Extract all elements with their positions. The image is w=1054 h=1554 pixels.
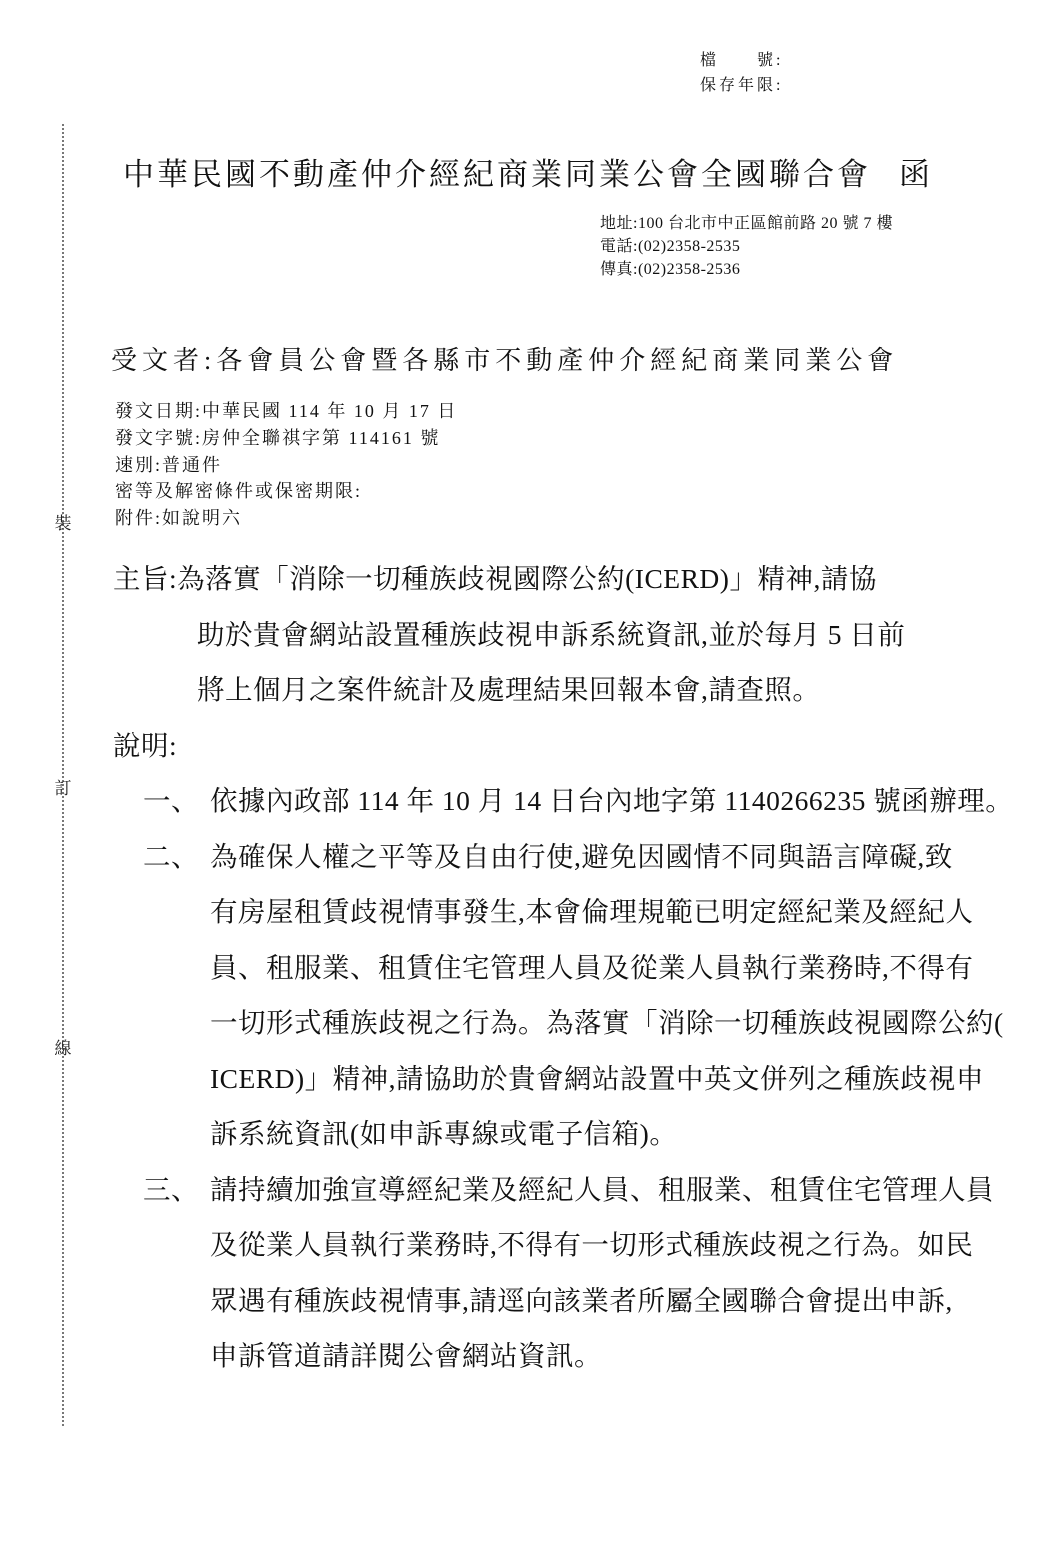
official-letter-page: 裝 訂 線 檔 號: 保存年限: 中華民國不動產仲介經紀商業同業公會全國聯合會函… <box>0 0 1054 1554</box>
security-line: 密等及解密條件或保密期限: <box>115 478 457 505</box>
retention-period-label: 保存年限: <box>700 73 783 98</box>
priority-line: 速別:普通件 <box>115 452 457 479</box>
file-number-block: 檔 號: 保存年限: <box>700 48 783 98</box>
subject-line: 主旨:為落實「消除一切種族歧視國際公約(ICERD)」精神,請協 <box>113 551 1013 607</box>
item-line: 有房屋租賃歧視情事發生,本會倫理規範已明定經紀業及經紀人 <box>113 884 1013 940</box>
explanation-item-2: 二、為確保人權之平等及自由行使,避免因國情不同與語言障礙,致 <box>113 829 1013 885</box>
item-line: 請持續加強宣導經紀業及經紀人員、租服業、租賃住宅管理人員 <box>210 1174 994 1205</box>
item-line: 訴系統資訊(如申訴專線或電子信箱)。 <box>113 1106 1013 1162</box>
doc-type-label: 函 <box>899 157 930 192</box>
doc-number-line: 發文字號:房仲全聯祺字第 114161 號 <box>115 425 457 452</box>
item-line: 及從業人員執行業務時,不得有一切形式種族歧視之行為。如民 <box>113 1217 1013 1273</box>
org-name: 中華民國不動產仲介經紀商業同業公會全國聯合會 <box>123 157 871 192</box>
item-line: 一切形式種族歧視之行為。為落實「消除一切種族歧視國際公約( <box>113 995 1013 1051</box>
binding-char-ding: 訂 <box>52 774 74 799</box>
document-meta-block: 發文日期:中華民國 114 年 10 月 17 日 發文字號:房仲全聯祺字第 1… <box>115 398 457 532</box>
item-line: 為確保人權之平等及自由行使,避免因國情不同與語言障礙,致 <box>210 841 953 872</box>
explanation-item-1: 一、依據內政部 114 年 10 月 14 日台內地字第 1140266235 … <box>113 773 1013 829</box>
file-number-label: 檔 號: <box>700 48 783 73</box>
item-number: 三、 <box>143 1162 210 1218</box>
explanation-label: 說明: <box>113 718 1013 774</box>
attachment-line: 附件:如說明六 <box>115 505 457 532</box>
document-body: 主旨:為落實「消除一切種族歧視國際公約(ICERD)」精神,請協 助於貴會網站設… <box>113 551 1013 1384</box>
item-number: 二、 <box>143 829 210 885</box>
org-fax: 傳真:(02)2358-2536 <box>600 258 893 281</box>
item-line: 依據內政部 114 年 10 月 14 日台內地字第 1140266235 號函… <box>210 785 1013 816</box>
subject-line: 助於貴會網站設置種族歧視申訴系統資訊,並於每月 5 日前 <box>113 607 1013 663</box>
org-address: 地址:100 台北市中正區館前路 20 號 7 樓 <box>600 212 893 235</box>
subject-line: 將上個月之案件統計及處理結果回報本會,請查照。 <box>113 662 1013 718</box>
recipient-line: 受文者:各會員公會暨各縣市不動產仲介經紀商業同業公會 <box>111 340 898 377</box>
item-number: 一、 <box>143 773 210 829</box>
letterhead-title: 中華民國不動產仲介經紀商業同業公會全國聯合會函 <box>123 149 930 194</box>
issue-date-line: 發文日期:中華民國 114 年 10 月 17 日 <box>115 398 457 425</box>
org-phone: 電話:(02)2358-2535 <box>600 235 893 258</box>
explanation-item-3: 三、請持續加強宣導經紀業及經紀人員、租服業、租賃住宅管理人員 <box>113 1162 1013 1218</box>
item-line: ICERD)」精神,請協助於貴會網站設置中英文併列之種族歧視申 <box>113 1051 1013 1107</box>
binding-char-xian: 線 <box>52 1034 74 1059</box>
org-contact-block: 地址:100 台北市中正區館前路 20 號 7 樓 電話:(02)2358-25… <box>600 212 893 281</box>
item-line: 員、租服業、租賃住宅管理人員及從業人員執行業務時,不得有 <box>113 940 1013 996</box>
binding-char-zhuang: 裝 <box>52 509 74 534</box>
item-line: 眾遇有種族歧視情事,請逕向該業者所屬全國聯合會提出申訴, <box>113 1273 1013 1329</box>
item-line: 申訴管道請詳閱公會網站資訊。 <box>113 1328 1013 1384</box>
